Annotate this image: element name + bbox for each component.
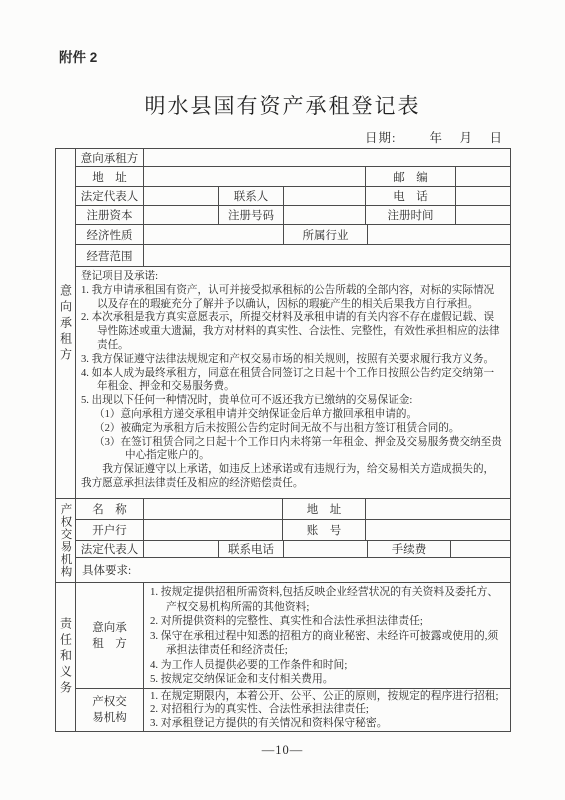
duty-section-side-label: 责任和义务 (56, 617, 76, 697)
phone-label: 电 话 (366, 187, 456, 205)
table-row: 开户行 账 号 (76, 520, 510, 541)
specific-requirements-cell: 具体要求: (76, 558, 510, 582)
table-row: 法定代表人 联系人 电 话 (76, 187, 510, 206)
address-label: 地 址 (76, 167, 144, 186)
registration-item: 4. 如本人成为最终承租方，同意在租赁合同签订之日起十个工作日按照公告约定交纳第… (81, 367, 503, 395)
registration-sub-item: （1）意向承租方递交承租申请并交纳保证金后单方撤回承租申请的。 (94, 408, 503, 422)
contact-person-label: 联系人 (219, 187, 284, 205)
business-scope-label: 经营范围 (76, 245, 144, 266)
bank-value-cell (144, 520, 283, 540)
duty-lessee-item: 1. 按规定提供招租所需资料,包括反映企业经营状况的有关资料及委托方、产权交易机… (150, 585, 504, 614)
economic-nature-label: 经济性质 (76, 225, 144, 244)
intended-lessee-label: 意向承租方 (76, 149, 144, 166)
duty-agency-item: 2. 对招租行为的真实性、合法性承担法律责任; (150, 703, 504, 716)
attachment-label: 附件 2 (59, 46, 97, 66)
duty-section: 责任和义务 意向承 租 方 1. 按规定提供招租所需资料,包括反映企业经营状况的… (56, 583, 510, 731)
duty-agency-item: 3. 对承租登记方提供的有关情况和资料保守秘密。 (150, 717, 504, 730)
contact-person-value-cell (284, 187, 366, 205)
legal-rep-value-cell (144, 187, 219, 205)
lessee-section-side-cell: 意向承租方 (56, 149, 76, 498)
industry-label: 所属行业 (284, 225, 368, 244)
phone-value-cell (456, 187, 510, 205)
bank-label: 开户行 (76, 520, 144, 540)
agency-legal-rep-label: 法定代表人 (76, 541, 144, 557)
reg-time-value-cell (456, 206, 510, 224)
duty-lessee-items: 1. 按规定提供招租所需资料,包括反映企业经营状况的有关资料及委托方、产权交易机… (144, 583, 510, 688)
reg-number-label: 注册号码 (219, 206, 284, 224)
duty-lessee-item: 3. 保守在承租过程中知悉的招租方的商业秘密、未经许可披露或使用的,须承担法律责… (150, 629, 504, 658)
table-row: 经营范围 (76, 245, 510, 267)
table-row: 法定代表人 联系电话 手续费 (76, 541, 510, 558)
contact-phone-value-cell (284, 541, 368, 557)
duty-agency-item: 1. 在规定期限内，本着公开、公平、公正的原则，按规定的程序进行招租; (150, 690, 504, 703)
registration-item: 2. 本次承租是我方真实意愿表示，所提交材料及承租申请的有关内容不存在虚假记载、… (81, 311, 503, 352)
reg-capital-label: 注册资本 (76, 206, 144, 224)
fee-value-cell (451, 541, 510, 557)
fee-label: 手续费 (368, 541, 451, 557)
lessee-section: 意向承租方 意向承租方 地 址 邮 编 法定代表人 联系人 (56, 149, 510, 499)
lessee-section-side-label: 意向承租方 (56, 284, 76, 364)
account-label: 账 号 (283, 520, 366, 540)
agency-section-body: 名 称 地 址 开户行 账 号 法定代表人 联系电话 手续费 (76, 499, 510, 582)
agency-address-label: 地 址 (283, 499, 366, 519)
agency-name-label: 名 称 (76, 499, 144, 519)
economic-nature-value-cell (144, 225, 284, 244)
table-row: 登记项目及承诺: 1. 我方申请承租国有资产，认可并接受拟承租标的公告所载的全部… (76, 267, 510, 498)
table-row: 意向承 租 方 1. 按规定提供招租所需资料,包括反映企业经营状况的有关资料及委… (76, 583, 510, 689)
document-page: 附件 2 明水县国有资产承租登记表 日期: 年 月 日 意向承租方 意向承租方 … (0, 0, 565, 800)
date-line: 日期: 年 月 日 (365, 128, 503, 146)
duty-section-side-cell: 责任和义务 (56, 583, 76, 731)
agency-section-side-label: 产权交易机构 (56, 503, 76, 578)
registration-table: 意向承租方 意向承租方 地 址 邮 编 法定代表人 联系人 (55, 148, 511, 732)
intended-lessee-value-cell (144, 149, 510, 166)
page-number: —10— (0, 743, 565, 758)
business-scope-value-cell (144, 245, 510, 266)
duty-agency-items: 1. 在规定期限内，本着公开、公平、公正的原则，按规定的程序进行招租;2. 对招… (144, 689, 510, 731)
registration-commitments-cell: 登记项目及承诺: 1. 我方申请承租国有资产，认可并接受拟承租标的公告所载的全部… (76, 267, 510, 498)
registration-closing: 我方保证遵守以上承诺，如违反上述承诺或有违规行为，给交易相关方造成损失的，我方愿… (81, 463, 503, 491)
duty-lessee-item: 5. 按规定交纳保证金和支付相关费用。 (150, 672, 504, 687)
table-row: 意向承租方 (76, 149, 510, 167)
reg-time-label: 注册时间 (366, 206, 456, 224)
table-row: 名 称 地 址 (76, 499, 510, 520)
agency-section: 产权交易机构 名 称 地 址 开户行 账 号 法定代表人 (56, 499, 510, 583)
registration-heading: 登记项目及承诺: (81, 270, 503, 284)
registration-item: 5. 出现以下任何一种情况时，贵单位可不返还我方已缴纳的交易保证金: (81, 394, 503, 408)
duty-agency-label: 产权交 易机构 (76, 689, 144, 731)
registration-sub-item: （3）在签订租赁合同之日起十个工作日内未将第一年租金、押金及交易服务费交纳至贵中… (94, 436, 503, 464)
agency-legal-rep-value-cell (144, 541, 219, 557)
duty-lessee-item: 2. 对所提供资料的完整性、真实性和合法性承担法律责任; (150, 614, 504, 629)
registration-sub-items: （1）意向承租方递交承租申请并交纳保证金后单方撤回承租申请的。（2）被确定为承租… (81, 408, 503, 463)
address-value-cell (144, 167, 366, 186)
duty-lessee-label: 意向承 租 方 (76, 583, 144, 688)
legal-rep-label: 法定代表人 (76, 187, 144, 205)
table-row: 经济性质 所属行业 (76, 225, 510, 245)
duty-section-body: 意向承 租 方 1. 按规定提供招租所需资料,包括反映企业经营状况的有关资料及委… (76, 583, 510, 731)
reg-number-value-cell (284, 206, 366, 224)
industry-value-cell (368, 225, 510, 244)
duty-lessee-item: 4. 为工作人员提供必要的工作条件和时间; (150, 658, 504, 673)
account-value-cell (366, 520, 510, 540)
lessee-section-body: 意向承租方 地 址 邮 编 法定代表人 联系人 电 话 (76, 149, 510, 498)
table-row: 注册资本 注册号码 注册时间 (76, 206, 510, 225)
contact-phone-label: 联系电话 (219, 541, 284, 557)
agency-name-value-cell (144, 499, 283, 519)
table-row: 产权交 易机构 1. 在规定期限内，本着公开、公平、公正的原则，按规定的程序进行… (76, 689, 510, 731)
agency-address-value-cell (366, 499, 510, 519)
registration-items: 1. 我方申请承租国有资产，认可并接受拟承租标的公告所载的全部内容，对标的实际情… (81, 284, 503, 408)
postal-code-label: 邮 编 (366, 167, 456, 186)
reg-capital-value-cell (144, 206, 219, 224)
table-row: 具体要求: (76, 558, 510, 582)
page-title: 明水县国有资产承租登记表 (0, 90, 565, 120)
table-row: 地 址 邮 编 (76, 167, 510, 187)
agency-section-side-cell: 产权交易机构 (56, 499, 76, 582)
registration-sub-item: （2）被确定为承租方后未按照公告约定时间无故不与出租方签订租赁合同的。 (94, 422, 503, 436)
registration-item: 3. 我方保证遵守法律法规规定和产权交易市场的相关规则，按照有关要求履行我方义务… (81, 353, 503, 367)
postal-code-value-cell (456, 167, 510, 186)
registration-item: 1. 我方申请承租国有资产，认可并接受拟承租标的公告所载的全部内容，对标的实际情… (81, 284, 503, 312)
